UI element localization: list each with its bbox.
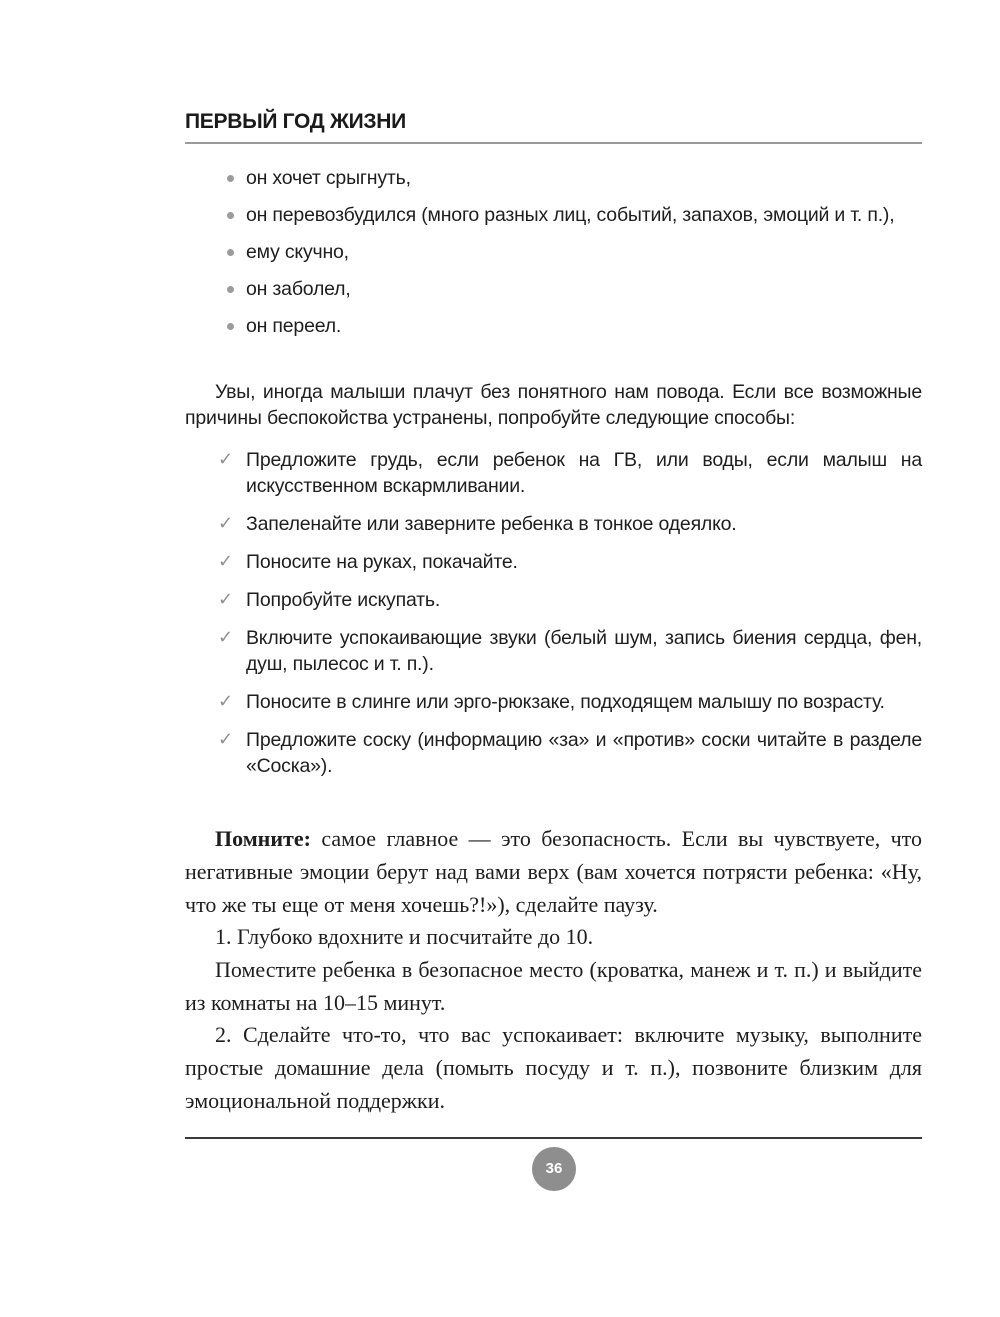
reasons-list: он хочет срыгнуть, он перевозбудился (мн… bbox=[185, 165, 922, 350]
list-item: он заболел, bbox=[185, 276, 922, 302]
header-divider bbox=[185, 142, 922, 144]
list-item: ✓Предложите соску (информацию «за» и «пр… bbox=[185, 727, 922, 779]
intro-paragraph: Увы, иногда малыши плачут без понятного … bbox=[185, 379, 922, 431]
footer-divider bbox=[185, 1137, 922, 1139]
bullet-dot-icon bbox=[227, 286, 234, 293]
checkmark-icon: ✓ bbox=[218, 625, 233, 651]
bullet-dot-icon bbox=[227, 323, 234, 330]
page-number-badge: 36 bbox=[532, 1147, 576, 1191]
checkmark-icon: ✓ bbox=[218, 447, 233, 473]
list-item: ✓Предложите грудь, если ребенок на ГВ, и… bbox=[185, 447, 922, 499]
checkmark-icon: ✓ bbox=[218, 727, 233, 753]
step-1-continued: Поместите ребенка в безопасное место (кр… bbox=[185, 953, 922, 1019]
remember-paragraph: Помните: самое главное — это безопасност… bbox=[185, 822, 922, 921]
checkmark-icon: ✓ bbox=[218, 549, 233, 575]
list-item: он хочет срыгнуть, bbox=[185, 165, 922, 191]
checkmark-icon: ✓ bbox=[218, 689, 233, 715]
bullet-dot-icon bbox=[227, 249, 234, 256]
list-item: он перевозбудился (много разных лиц, соб… bbox=[185, 202, 922, 228]
remember-label: Помните: bbox=[215, 826, 311, 851]
methods-list: ✓Предложите грудь, если ребенок на ГВ, и… bbox=[185, 447, 922, 791]
list-item: ему скучно, bbox=[185, 239, 922, 265]
list-item: ✓Поносите в слинге или эрго-рюкзаке, под… bbox=[185, 689, 922, 715]
bullet-dot-icon bbox=[227, 175, 234, 182]
bullet-dot-icon bbox=[227, 212, 234, 219]
list-item: ✓Включите успокаивающие звуки (белый шум… bbox=[185, 625, 922, 677]
step-2: 2. Сделайте что-то, что вас успокаивает:… bbox=[185, 1018, 922, 1117]
step-1: 1. Глубоко вдохните и посчитайте до 10. bbox=[185, 920, 922, 953]
list-item: ✓Попробуйте искупать. bbox=[185, 587, 922, 613]
running-title: ПЕРВЫЙ ГОД ЖИЗНИ bbox=[185, 110, 406, 134]
checkmark-icon: ✓ bbox=[218, 511, 233, 537]
list-item: ✓Запеленайте или заверните ребенка в тон… bbox=[185, 511, 922, 537]
list-item: он переел. bbox=[185, 313, 922, 339]
list-item: ✓Поносите на руках, покачайте. bbox=[185, 549, 922, 575]
checkmark-icon: ✓ bbox=[218, 587, 233, 613]
